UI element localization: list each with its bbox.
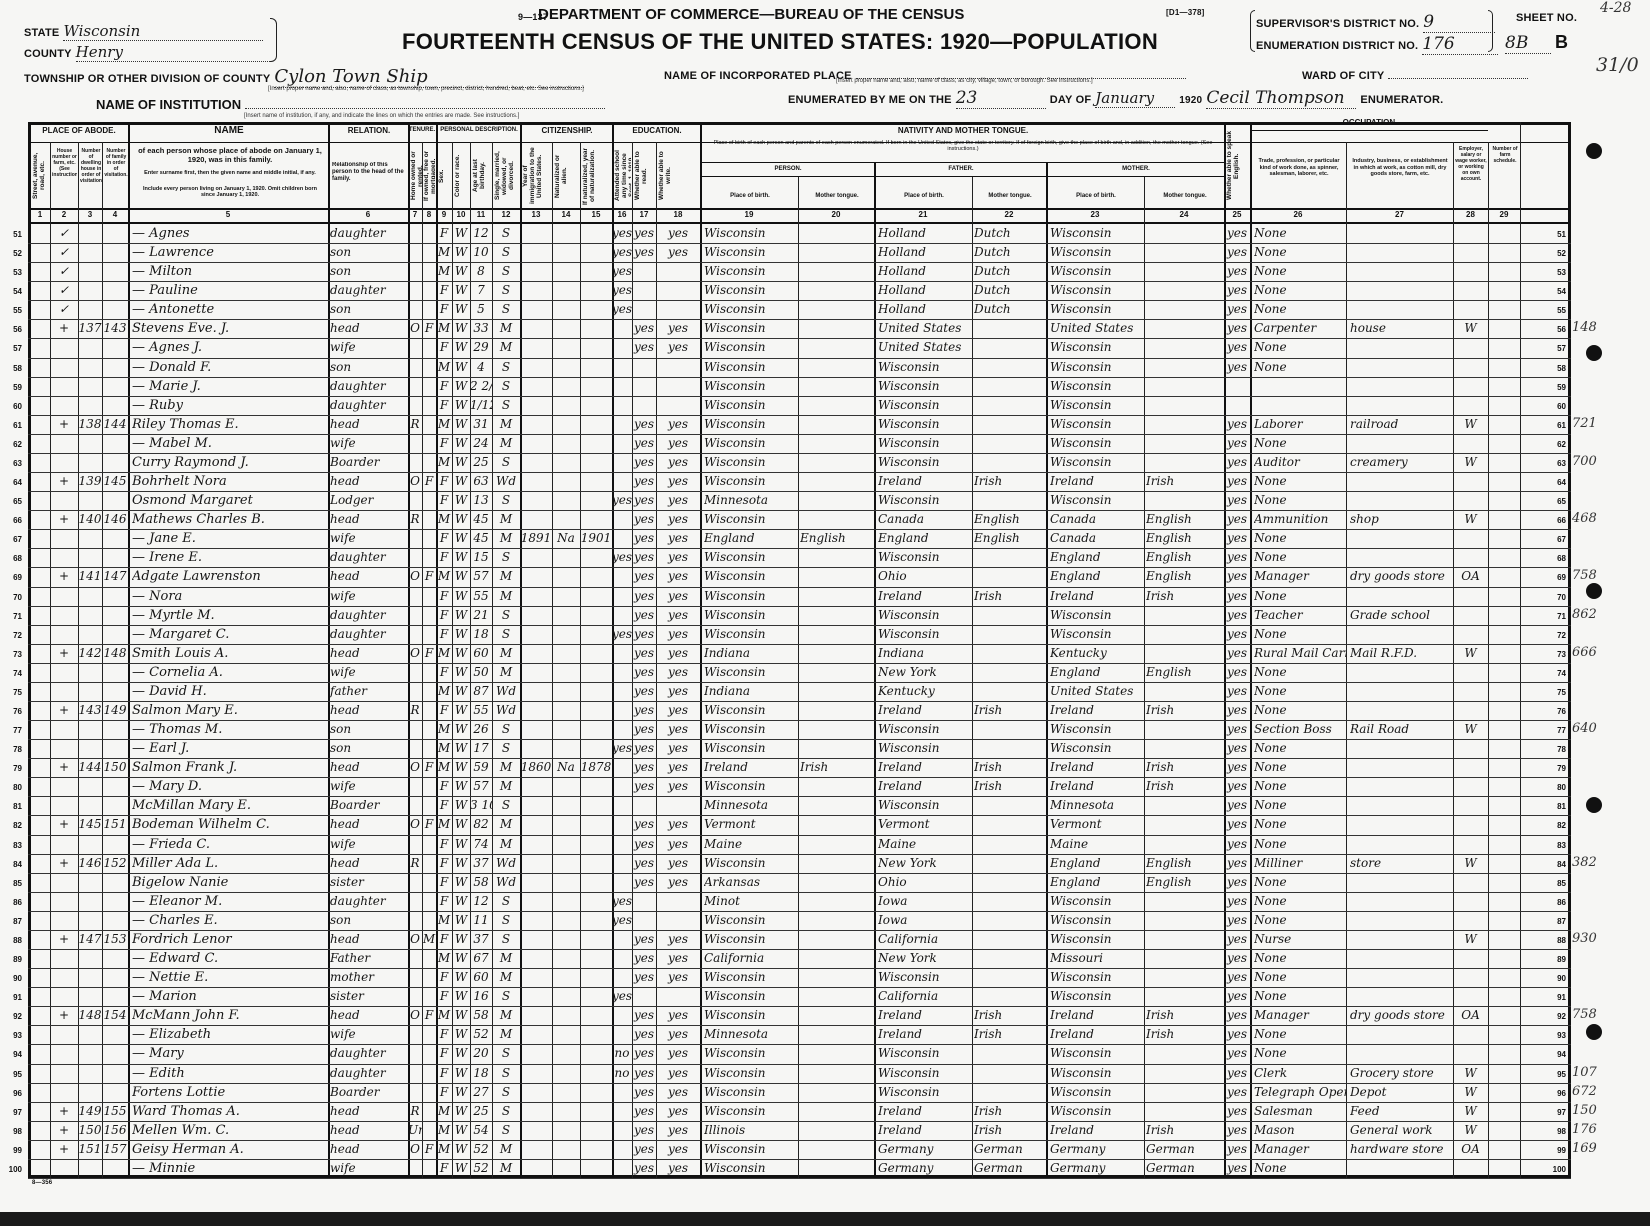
cell-family — [102, 835, 128, 855]
cell-natyr — [580, 854, 612, 874]
group-relation: RELATION. — [330, 126, 408, 135]
cell-family — [102, 682, 128, 702]
cell-mort — [422, 949, 436, 969]
cell-relation: daughter — [330, 892, 408, 912]
cell-school — [612, 358, 632, 378]
cell-read: yes — [632, 720, 656, 740]
cell-fbirth: Wisconsin — [878, 377, 972, 397]
cell-dwelling — [78, 377, 102, 397]
cell-mtongue — [1146, 720, 1224, 740]
cell-family: 147 — [102, 567, 128, 587]
cell-write — [656, 396, 700, 416]
cell-mtongue — [1146, 644, 1224, 664]
line-number-right: 99 — [1548, 1146, 1566, 1155]
cell-marital: S — [492, 606, 520, 626]
cell-home — [408, 911, 422, 931]
cell-english: yes — [1224, 1006, 1250, 1026]
cell-dwelling — [78, 720, 102, 740]
table-row: +138144Riley Thomas E.headRMW31MyesyesWi… — [0, 415, 1543, 435]
cell-sex: F — [436, 625, 452, 645]
cell-house — [50, 796, 78, 816]
cell-house: + — [50, 644, 78, 664]
cell-name: McMann John F. — [132, 1006, 328, 1026]
cell-house: + — [50, 1102, 78, 1122]
cell-home — [408, 606, 422, 626]
cell-relation: head — [330, 567, 408, 587]
cell-english — [1224, 396, 1250, 416]
cell-relation: daughter — [330, 548, 408, 568]
cell-ftongue — [974, 892, 1046, 912]
cell-read: yes — [632, 968, 656, 988]
table-row: — Mary D.wifeFW57MyesyesWisconsinIreland… — [0, 777, 1543, 797]
cell-industry — [1350, 777, 1453, 797]
table-row: — EdithdaughterFW18SnoyesyesWisconsinWis… — [0, 1064, 1543, 1084]
cell-school — [612, 1140, 632, 1160]
cell-tongue — [800, 338, 874, 358]
cell-trade: Carpenter — [1254, 319, 1346, 339]
cell-name: Bigelow Nanie — [132, 873, 328, 893]
cell-race: W — [452, 1025, 470, 1045]
cell-family — [102, 434, 128, 454]
cell-employer — [1453, 262, 1488, 282]
cell-farm — [1488, 625, 1520, 645]
cell-employer: W — [1453, 930, 1488, 950]
cell-industry — [1350, 663, 1453, 683]
cell-home — [408, 720, 422, 740]
cell-tongue — [800, 873, 874, 893]
cell-nat — [552, 491, 580, 511]
enumerated-day: 23 — [956, 88, 1046, 109]
cell-race: W — [452, 1006, 470, 1026]
cell-age: 8 — [470, 262, 492, 282]
cell-trade: None — [1254, 434, 1346, 454]
cell-industry: hardware store — [1350, 1140, 1453, 1160]
cell-fbirth: Germany — [878, 1140, 972, 1160]
col-number: 2 — [50, 210, 78, 222]
cell-mbirth: United States — [1050, 319, 1144, 339]
cell-english: yes — [1224, 358, 1250, 378]
cell-mort — [422, 777, 436, 797]
cell-mort — [422, 300, 436, 320]
cell-age: 45 — [470, 529, 492, 549]
township-instruction: [Insert proper name and, also, name of c… — [268, 86, 584, 92]
cell-ftongue — [974, 968, 1046, 988]
cell-race: W — [452, 930, 470, 950]
table-row: — Donald F.sonMW4SWisconsinWisconsinWisc… — [0, 358, 1543, 378]
cell-mbirth: England — [1050, 567, 1144, 587]
cell-industry — [1350, 243, 1453, 263]
cell-ftongue: Irish — [974, 1102, 1046, 1122]
cell-nat — [552, 587, 580, 607]
cell-street — [30, 987, 50, 1007]
col-header-21: Place of birth. — [876, 192, 972, 201]
cell-house: + — [50, 1140, 78, 1160]
cell-english: yes — [1224, 1159, 1250, 1179]
cell-birth: Wisconsin — [704, 720, 798, 740]
cell-name: — Milton — [132, 262, 328, 282]
cell-natyr — [580, 625, 612, 645]
cell-write: yes — [656, 815, 700, 835]
cell-family — [102, 1044, 128, 1064]
cell-mort — [422, 262, 436, 282]
cell-school — [612, 930, 632, 950]
cell-relation: head — [330, 854, 408, 874]
cell-immig: 1891 — [520, 529, 552, 549]
cell-birth: Wisconsin — [704, 587, 798, 607]
cell-sex: F — [436, 377, 452, 397]
col-number: 10 — [452, 210, 470, 222]
cell-english: yes — [1224, 434, 1250, 454]
cell-mbirth: Wisconsin — [1050, 911, 1144, 931]
cell-street — [30, 243, 50, 263]
cell-marital: S — [492, 892, 520, 912]
cell-industry: house — [1350, 319, 1453, 339]
cell-farm — [1488, 567, 1520, 587]
cell-write: yes — [656, 758, 700, 778]
cell-fbirth: Ohio — [878, 873, 972, 893]
cell-natyr: 1901 — [580, 529, 612, 549]
cell-race: W — [452, 1121, 470, 1141]
cell-mort — [422, 548, 436, 568]
cell-industry: Grade school — [1350, 606, 1453, 626]
cell-employer — [1453, 548, 1488, 568]
cell-family: 148 — [102, 644, 128, 664]
cell-dwelling: 139 — [78, 472, 102, 492]
state-label: STATE — [24, 27, 59, 39]
cell-employer: W — [1453, 1121, 1488, 1141]
cell-nat — [552, 968, 580, 988]
cell-tongue — [800, 930, 874, 950]
cell-english: yes — [1224, 796, 1250, 816]
cell-farm — [1488, 739, 1520, 759]
cell-tongue — [800, 358, 874, 378]
cell-name: — Jane E. — [132, 529, 328, 549]
cell-english: yes — [1224, 491, 1250, 511]
cell-fbirth: Wisconsin — [878, 396, 972, 416]
cell-home — [408, 358, 422, 378]
cell-mort: F — [422, 758, 436, 778]
cell-birth: Wisconsin — [704, 1083, 798, 1103]
cell-street — [30, 1102, 50, 1122]
cell-relation: mother — [330, 968, 408, 988]
cell-employer — [1453, 300, 1488, 320]
cell-read: yes — [632, 739, 656, 759]
cell-ftongue: Dutch — [974, 224, 1046, 244]
margin-note: 176 — [1572, 1122, 1597, 1137]
cell-english: yes — [1224, 415, 1250, 435]
cell-relation: wife — [330, 338, 408, 358]
col-header-3: Number of dwelling house in order of vis… — [80, 148, 102, 184]
cell-school — [612, 1159, 632, 1179]
col-header-4: Number of family in order of visitation. — [104, 148, 128, 178]
cell-mort — [422, 873, 436, 893]
cell-mtongue: English — [1146, 854, 1224, 874]
table-row: Fortens LottieBoarderFW27SyesyesWisconsi… — [0, 1083, 1543, 1103]
col-header-5-note1: Enter surname first, then the given name… — [136, 170, 324, 176]
cell-read: yes — [632, 949, 656, 969]
table-row: McMillan Mary E.BoarderFW3 10/12SMinneso… — [0, 796, 1543, 816]
cell-home: R — [408, 854, 422, 874]
cell-ftongue: Irish — [974, 472, 1046, 492]
col-number: 24 — [1144, 210, 1224, 222]
cell-age: 12 — [470, 224, 492, 244]
cell-farm — [1488, 968, 1520, 988]
cell-mbirth: United States — [1050, 682, 1144, 702]
cell-farm — [1488, 319, 1520, 339]
cell-race: W — [452, 892, 470, 912]
col-header-16: Attended school any time since Sept. 1, … — [614, 146, 631, 206]
cell-birth: Wisconsin — [704, 1006, 798, 1026]
cell-school: yes — [612, 300, 632, 320]
cell-read — [632, 281, 656, 301]
cell-tongue — [800, 281, 874, 301]
group-citizenship: CITIZENSHIP. — [522, 126, 612, 135]
cell-house — [50, 987, 78, 1007]
cell-relation: son — [330, 911, 408, 931]
cell-read: yes — [632, 510, 656, 530]
cell-immig — [520, 796, 552, 816]
cell-natyr — [580, 815, 612, 835]
cell-write: yes — [656, 224, 700, 244]
group-nativity: NATIVITY AND MOTHER TONGUE. — [702, 126, 1224, 135]
cell-school — [612, 949, 632, 969]
cell-dwelling — [78, 587, 102, 607]
cell-birth: Minot — [704, 892, 798, 912]
cell-school — [612, 606, 632, 626]
cell-farm — [1488, 720, 1520, 740]
cell-tongue — [800, 720, 874, 740]
cell-natyr — [580, 453, 612, 473]
col-header-6: Relationship of this person to the head … — [332, 162, 406, 183]
cell-fbirth: Holland — [878, 243, 972, 263]
cell-industry — [1350, 434, 1453, 454]
cell-birth: Wisconsin — [704, 1064, 798, 1084]
cell-mtongue — [1146, 796, 1224, 816]
cell-industry — [1350, 300, 1453, 320]
cell-employer — [1453, 777, 1488, 797]
cell-nat — [552, 777, 580, 797]
footer-form-mark: 8—356 — [32, 1180, 52, 1186]
cell-street — [30, 548, 50, 568]
cell-write: yes — [656, 1140, 700, 1160]
punch-hole — [1586, 1024, 1602, 1040]
cell-mbirth: Ireland — [1050, 1121, 1144, 1141]
table-row: — Charles E.sonMW11SyesWisconsinIowaWisc… — [0, 911, 1543, 931]
cell-english: yes — [1224, 281, 1250, 301]
cell-house: + — [50, 701, 78, 721]
cell-mort — [422, 529, 436, 549]
cell-relation: son — [330, 243, 408, 263]
cell-race: W — [452, 739, 470, 759]
cell-street — [30, 1006, 50, 1026]
cell-employer: OA — [1453, 1006, 1488, 1026]
cell-nat — [552, 224, 580, 244]
cell-home — [408, 548, 422, 568]
cell-home — [408, 1044, 422, 1064]
cell-relation: daughter — [330, 1064, 408, 1084]
cell-mort: M — [422, 930, 436, 950]
cell-immig: 1860 — [520, 758, 552, 778]
cell-relation: daughter — [330, 224, 408, 244]
cell-race: W — [452, 1102, 470, 1122]
cell-employer: W — [1453, 1102, 1488, 1122]
cell-family — [102, 396, 128, 416]
cell-race: W — [452, 262, 470, 282]
cell-industry — [1350, 815, 1453, 835]
cell-dwelling — [78, 281, 102, 301]
cell-tongue — [800, 415, 874, 435]
cell-relation: son — [330, 358, 408, 378]
cell-mort — [422, 243, 436, 263]
cell-trade: None — [1254, 1025, 1346, 1045]
cell-house — [50, 358, 78, 378]
cell-sex: F — [436, 396, 452, 416]
cell-school — [612, 453, 632, 473]
cell-mtongue — [1146, 606, 1224, 626]
cell-industry: creamery — [1350, 453, 1453, 473]
cell-marital: S — [492, 358, 520, 378]
cell-immig — [520, 300, 552, 320]
cell-industry — [1350, 873, 1453, 893]
cell-tongue — [800, 644, 874, 664]
cell-mtongue: Irish — [1146, 1121, 1224, 1141]
cell-marital: S — [492, 1102, 520, 1122]
cell-street — [30, 338, 50, 358]
cell-ftongue — [974, 396, 1046, 416]
cell-immig — [520, 415, 552, 435]
cell-house: + — [50, 510, 78, 530]
cell-school — [612, 529, 632, 549]
cell-street — [30, 1083, 50, 1103]
cell-house: + — [50, 854, 78, 874]
cell-ftongue: Dutch — [974, 243, 1046, 263]
cell-family — [102, 587, 128, 607]
cell-immig — [520, 1140, 552, 1160]
corner-note-top: 4-28 — [1600, 0, 1631, 16]
table-row: — Frieda C.wifeFW74MyesyesMaineMaineMain… — [0, 835, 1543, 855]
cell-industry — [1350, 548, 1453, 568]
cell-family — [102, 777, 128, 797]
cell-name: — Mary — [132, 1044, 328, 1064]
cell-birth: Minnesota — [704, 796, 798, 816]
cell-marital: M — [492, 1159, 520, 1179]
line-number-right: 74 — [1548, 669, 1566, 678]
cell-read: yes — [632, 1044, 656, 1064]
cell-fbirth: Wisconsin — [878, 1083, 972, 1103]
cell-trade: Section Boss — [1254, 720, 1346, 740]
cell-school: yes — [612, 625, 632, 645]
cell-farm — [1488, 243, 1520, 263]
cell-natyr — [580, 281, 612, 301]
table-row: ✓— PaulinedaughterFW7SyesWisconsinHollan… — [0, 281, 1543, 301]
cell-mort — [422, 358, 436, 378]
cell-trade: None — [1254, 968, 1346, 988]
cell-farm — [1488, 281, 1520, 301]
cell-natyr — [580, 987, 612, 1007]
cell-birth: Wisconsin — [704, 987, 798, 1007]
cell-race: W — [452, 682, 470, 702]
cell-ftongue — [974, 491, 1046, 511]
supervisor-value: 9 — [1423, 12, 1495, 33]
cell-sex: M — [436, 815, 452, 835]
cell-employer: OA — [1453, 567, 1488, 587]
cell-race: W — [452, 987, 470, 1007]
cell-farm — [1488, 1083, 1520, 1103]
cell-nat — [552, 300, 580, 320]
cell-mort — [422, 510, 436, 530]
cell-industry: General work — [1350, 1121, 1453, 1141]
cell-mbirth: Wisconsin — [1050, 1044, 1144, 1064]
cell-employer — [1453, 682, 1488, 702]
col-header-15: If naturalized, year of naturalization. — [582, 146, 611, 206]
cell-marital: M — [492, 968, 520, 988]
cell-ftongue — [974, 453, 1046, 473]
cell-name: Fordrich Lenor — [132, 930, 328, 950]
cell-house: ✓ — [50, 243, 78, 263]
cell-house — [50, 720, 78, 740]
cell-mtongue: English — [1146, 510, 1224, 530]
cell-family — [102, 873, 128, 893]
cell-employer: W — [1453, 644, 1488, 664]
cell-marital: M — [492, 415, 520, 435]
cell-ftongue — [974, 930, 1046, 950]
cell-english: yes — [1224, 338, 1250, 358]
cell-relation: son — [330, 739, 408, 759]
cell-birth: Wisconsin — [704, 453, 798, 473]
cell-house: + — [50, 930, 78, 950]
cell-dwelling — [78, 682, 102, 702]
cell-write — [656, 281, 700, 301]
cell-mtongue — [1146, 434, 1224, 454]
col-header-11: Age at last birthday. — [472, 146, 491, 206]
cell-marital: M — [492, 510, 520, 530]
cell-fbirth: United States — [878, 338, 972, 358]
cell-sex: F — [436, 873, 452, 893]
cell-school: yes — [612, 243, 632, 263]
cell-mtongue — [1146, 300, 1224, 320]
cell-nat — [552, 510, 580, 530]
cell-family — [102, 892, 128, 912]
cell-marital: S — [492, 453, 520, 473]
cell-home — [408, 1025, 422, 1045]
cell-read: yes — [632, 606, 656, 626]
cell-sex: M — [436, 453, 452, 473]
group-mother: MOTHER. — [1048, 165, 1224, 174]
cell-tongue — [800, 1064, 874, 1084]
cell-name: — Nora — [132, 587, 328, 607]
cell-street — [30, 796, 50, 816]
cell-sex: M — [436, 510, 452, 530]
cell-tongue — [800, 1083, 874, 1103]
cell-marital: S — [492, 625, 520, 645]
cell-birth: Wisconsin — [704, 319, 798, 339]
cell-name: — Charles E. — [132, 911, 328, 931]
line-number-right: 96 — [1548, 1089, 1566, 1098]
line-number-right: 66 — [1548, 516, 1566, 525]
cell-birth: California — [704, 949, 798, 969]
cell-immig — [520, 377, 552, 397]
cell-mort — [422, 1102, 436, 1122]
nativity-subdivider — [700, 162, 1224, 163]
cell-read — [632, 262, 656, 282]
cell-natyr — [580, 873, 612, 893]
cell-mtongue — [1146, 968, 1224, 988]
cell-mort — [422, 739, 436, 759]
cell-sex: F — [436, 796, 452, 816]
cell-trade: None — [1254, 300, 1346, 320]
cell-english: yes — [1224, 911, 1250, 931]
col-number: 7 — [408, 210, 422, 222]
